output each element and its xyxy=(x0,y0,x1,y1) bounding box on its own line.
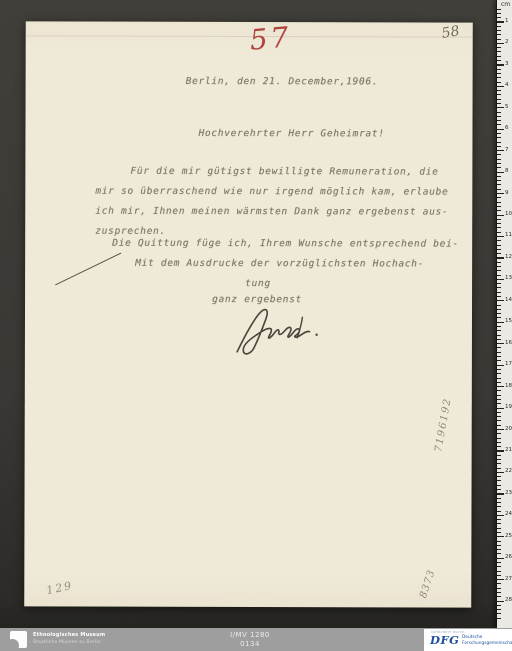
ruler-tick xyxy=(497,184,501,185)
ruler-tick xyxy=(497,558,504,559)
ruler-tick xyxy=(497,202,501,203)
ruler-tick xyxy=(497,601,504,602)
ruler-tick xyxy=(497,82,501,83)
ruler-tick xyxy=(497,47,501,48)
dfg-acronym: DFG xyxy=(430,633,459,647)
ruler-tick xyxy=(497,223,501,224)
ruler: cm 1234567891011121314151617181920212223… xyxy=(496,0,512,628)
ruler-tick xyxy=(497,219,501,220)
ruler-tick xyxy=(497,480,501,481)
ruler-number: 10 xyxy=(505,211,512,218)
ruler-tick xyxy=(497,99,501,100)
letter-body-line: Für die mir gütigst bewilligte Remunerat… xyxy=(130,166,438,178)
ruler-tick xyxy=(497,553,501,554)
ruler-unit-label: cm xyxy=(501,1,510,8)
museum-name: Ethnologisches Museum xyxy=(33,632,105,639)
signature xyxy=(223,304,335,360)
ruler-number: 4 xyxy=(505,82,509,89)
ruler-tick xyxy=(497,43,504,44)
ruler-number: 9 xyxy=(505,190,509,197)
ruler-tick xyxy=(497,60,501,61)
ruler-tick xyxy=(497,180,501,181)
ruler-tick xyxy=(497,339,501,340)
ruler-tick xyxy=(497,511,501,512)
ruler-number: 28 xyxy=(505,597,512,604)
ruler-tick xyxy=(497,176,501,177)
ruler-tick xyxy=(497,343,504,344)
letter-body-line: zusprechen. xyxy=(95,226,166,237)
ruler-number: 6 xyxy=(505,125,509,132)
ruler-tick xyxy=(497,129,504,130)
ruler-number: 23 xyxy=(505,490,512,497)
ruler-tick xyxy=(497,309,501,310)
ruler-tick xyxy=(497,206,501,207)
ruler-tick xyxy=(497,330,501,331)
museum-subtitle: Staatliche Museen zu Berlin xyxy=(33,639,105,646)
ruler-tick xyxy=(497,476,501,477)
ruler-number: 26 xyxy=(505,554,512,561)
ruler-tick xyxy=(497,571,501,572)
red-page-number: 57 xyxy=(248,20,292,56)
ruler-number: 20 xyxy=(505,426,512,433)
ruler-tick xyxy=(497,116,501,117)
ruler-tick xyxy=(497,193,504,194)
ruler-tick xyxy=(497,433,501,434)
ruler-tick xyxy=(497,13,501,14)
ruler-tick xyxy=(497,545,501,546)
ruler-tick xyxy=(497,373,501,374)
ruler-tick xyxy=(497,266,501,267)
ruler-tick xyxy=(497,536,504,537)
ruler-tick xyxy=(497,249,501,250)
ruler-tick xyxy=(497,133,501,134)
ruler-tick xyxy=(497,17,501,18)
ruler-tick xyxy=(497,154,501,155)
ruler-tick xyxy=(497,210,501,211)
ruler-tick xyxy=(497,596,501,597)
museum-logo xyxy=(10,631,27,648)
ruler-tick xyxy=(497,137,501,138)
ruler-tick xyxy=(497,532,501,533)
ruler-tick xyxy=(497,382,501,383)
letter-closing-line: tung xyxy=(245,278,271,289)
ruler-tick xyxy=(497,257,504,258)
ruler-tick xyxy=(497,523,501,524)
ruler-tick xyxy=(497,605,501,606)
ruler-tick xyxy=(497,459,501,460)
ruler-tick xyxy=(497,262,501,263)
ruler-tick xyxy=(497,94,501,95)
ruler-tick xyxy=(497,39,501,40)
scan-id-block: I/MV 1280 0134 xyxy=(210,631,290,649)
ruler-number: 14 xyxy=(505,297,512,304)
ruler-tick xyxy=(497,450,504,451)
ruler-tick xyxy=(497,416,501,417)
ruler-tick xyxy=(497,365,504,366)
ruler-tick xyxy=(497,442,501,443)
ruler-tick xyxy=(497,485,501,486)
ruler-tick xyxy=(497,163,501,164)
ruler-tick xyxy=(497,502,501,503)
ruler-tick xyxy=(497,549,501,550)
side-inventory-number: 7196192 xyxy=(433,397,454,453)
ruler-tick xyxy=(497,296,501,297)
ruler-tick xyxy=(497,26,501,27)
ruler-tick xyxy=(497,579,504,580)
ruler-tick xyxy=(497,335,501,336)
ruler-tick xyxy=(497,438,501,439)
ruler-tick xyxy=(497,322,504,323)
ruler-tick xyxy=(497,300,504,301)
ruler-tick xyxy=(497,34,501,35)
footer-bar: Ethnologisches Museum Staatliche Museen … xyxy=(0,628,512,651)
ruler-number: 22 xyxy=(505,468,512,475)
ruler-tick xyxy=(497,215,504,216)
bottom-left-number: 129 xyxy=(45,579,74,597)
letter-date: Berlin, den 21. December,1906. xyxy=(186,76,379,88)
ruler-tick xyxy=(497,124,501,125)
ruler-number: 7 xyxy=(505,147,509,154)
paper: 57 58 Berlin, den 21. December,1906. Hoc… xyxy=(24,21,473,607)
ruler-tick xyxy=(497,326,501,327)
ruler-tick xyxy=(497,446,501,447)
ruler-tick xyxy=(497,399,501,400)
ruler-tick xyxy=(497,515,504,516)
ruler-tick xyxy=(497,425,501,426)
ruler-tick xyxy=(497,472,504,473)
letter-body-line: ich mir, Ihnen meinen wärmsten Dank ganz… xyxy=(95,206,448,218)
ruler-tick xyxy=(497,9,501,10)
ruler-tick xyxy=(497,592,501,593)
scan-page-number: 0134 xyxy=(210,640,290,649)
ruler-tick xyxy=(497,287,501,288)
ruler-tick xyxy=(497,506,501,507)
ruler-tick xyxy=(497,73,501,74)
ruler-tick xyxy=(497,468,501,469)
ruler-tick xyxy=(497,420,501,421)
ruler-tick xyxy=(497,86,504,87)
corner-inventory-number: 8373 xyxy=(418,568,438,599)
ruler-tick xyxy=(497,197,501,198)
ruler-tick xyxy=(497,283,501,284)
ruler-tick xyxy=(497,275,501,276)
ruler-number: 1 xyxy=(505,18,509,25)
ruler-tick xyxy=(497,609,501,610)
ruler-tick xyxy=(497,189,501,190)
ruler-number: 25 xyxy=(505,533,512,540)
dfg-full-name: Deutsche Forschungsgemeinschaft xyxy=(462,635,512,646)
ruler-tick xyxy=(497,103,501,104)
ruler-number: 17 xyxy=(505,361,512,368)
ruler-tick xyxy=(497,360,501,361)
signature-period xyxy=(315,333,317,335)
dfg-logo: Gefördert durch DFG Deutsche Forschungsg… xyxy=(424,629,512,651)
ruler-tick xyxy=(497,305,501,306)
ruler-tick xyxy=(497,528,501,529)
ruler-tick xyxy=(497,408,504,409)
ruler-tick xyxy=(497,227,501,228)
ruler-number: 12 xyxy=(505,254,512,261)
ruler-tick xyxy=(497,21,504,22)
ruler-tick xyxy=(497,90,501,91)
letter-closing-line: Mit dem Ausdrucke der vorzüglichsten Hoc… xyxy=(135,258,424,270)
ruler-tick xyxy=(497,270,501,271)
ruler-tick xyxy=(497,395,501,396)
ruler-tick xyxy=(497,618,501,619)
pencil-page-number: 58 xyxy=(441,23,461,42)
ruler-tick xyxy=(497,167,501,168)
ruler-tick xyxy=(497,107,504,108)
ruler-tick xyxy=(497,455,501,456)
ruler-tick xyxy=(497,369,501,370)
ruler-tick xyxy=(497,159,501,160)
ruler-number: 15 xyxy=(505,318,512,325)
ruler-tick xyxy=(497,412,501,413)
ruler-tick xyxy=(497,253,501,254)
letter-salutation: Hochverehrter Herr Geheimrat! xyxy=(198,128,384,139)
ruler-number: 19 xyxy=(505,404,512,411)
ruler-tick xyxy=(497,292,501,293)
ruler-tick xyxy=(497,347,501,348)
ruler-tick xyxy=(497,313,501,314)
ruler-tick xyxy=(497,30,501,31)
ruler-tick xyxy=(497,150,504,151)
ruler-tick xyxy=(497,390,501,391)
ruler-tick xyxy=(497,120,501,121)
ruler-number: 21 xyxy=(505,447,512,454)
ruler-tick xyxy=(497,463,501,464)
ruler-number: 18 xyxy=(505,383,512,390)
scan-background: 57 58 Berlin, den 21. December,1906. Hoc… xyxy=(0,0,512,651)
letter-body-line: mir so überraschend wie nur irgend mögli… xyxy=(95,186,448,198)
ruler-number: 5 xyxy=(505,104,509,111)
ruler-tick xyxy=(497,541,501,542)
ruler-tick xyxy=(497,429,504,430)
ruler-tick xyxy=(497,236,504,237)
ruler-tick xyxy=(497,583,501,584)
ruler-tick xyxy=(497,245,501,246)
ruler-tick xyxy=(497,240,501,241)
ruler-number: 16 xyxy=(505,340,512,347)
ruler-tick xyxy=(497,356,501,357)
ruler-number: 13 xyxy=(505,275,512,282)
ruler-tick xyxy=(497,69,501,70)
ruler-tick xyxy=(497,566,501,567)
ruler-tick xyxy=(497,112,501,113)
ruler-tick xyxy=(497,352,501,353)
ruler-tick xyxy=(497,613,501,614)
ruler-tick xyxy=(497,232,501,233)
ruler-tick xyxy=(497,77,501,78)
ruler-tick xyxy=(497,498,501,499)
ruler-number: 24 xyxy=(505,511,512,518)
museum-text-block: Ethnologisches Museum Staatliche Museen … xyxy=(33,632,105,646)
ruler-tick xyxy=(497,142,501,143)
ruler-number: 2 xyxy=(505,39,509,46)
scan-id: I/MV 1280 xyxy=(210,631,290,640)
ruler-tick xyxy=(497,378,501,379)
ruler-tick xyxy=(497,519,501,520)
ruler-tick xyxy=(497,317,501,318)
ruler-tick xyxy=(497,489,501,490)
ruler-tick xyxy=(497,64,504,65)
ruler-number: 27 xyxy=(505,576,512,583)
ruler-number: 8 xyxy=(505,168,509,175)
ruler-tick xyxy=(497,51,501,52)
ruler-tick xyxy=(497,403,501,404)
ruler-tick xyxy=(497,146,501,147)
ruler-tick xyxy=(497,588,501,589)
ruler-tick xyxy=(497,562,501,563)
letter-body-line: Die Quittung füge ich, Ihrem Wunsche ent… xyxy=(112,238,459,250)
ruler-tick xyxy=(497,386,504,387)
ruler-number: 11 xyxy=(505,232,512,239)
ruler-tick xyxy=(497,575,501,576)
ruler-tick xyxy=(497,172,504,173)
ruler-number: 3 xyxy=(505,61,509,68)
pencil-line xyxy=(55,253,121,286)
ruler-tick xyxy=(497,56,501,57)
ruler-tick xyxy=(497,493,504,494)
ruler-tick xyxy=(497,279,504,280)
